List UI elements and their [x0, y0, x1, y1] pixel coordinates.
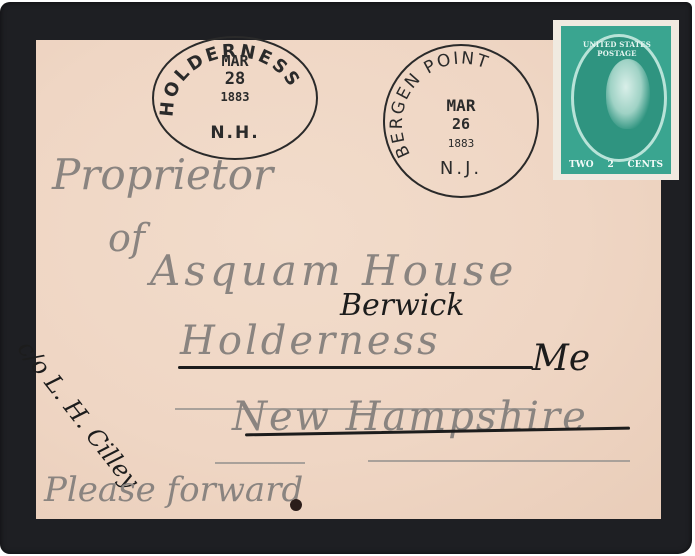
holderness-postmark: HOLDERNESS MAR 28 1883 N.H.: [152, 36, 318, 160]
stamp-denomination: 2: [607, 160, 613, 170]
address-guide-line: [368, 460, 630, 462]
postmark-state: N.J.: [385, 158, 537, 179]
bergen-point-postmark: BERGEN POINT MAR 26 1883 N.J.: [383, 44, 539, 198]
postmark-day: 28: [154, 69, 316, 89]
address-guide-line: [215, 462, 305, 464]
washington-portrait-icon: [606, 59, 650, 129]
postmark-state: N.H.: [154, 123, 316, 143]
struck-town: Holderness: [180, 318, 441, 364]
postmark-year: 1883: [154, 90, 316, 104]
address-line-proprietor: Proprietor: [52, 150, 273, 199]
postage-stamp: UNITED STATES POSTAGE TWO 2 CENTS: [553, 20, 679, 180]
address-line-of: of: [108, 216, 145, 260]
postmark-year: 1883: [385, 137, 537, 150]
town-strikethrough: [178, 366, 533, 369]
stamp-design: UNITED STATES POSTAGE TWO 2 CENTS: [561, 26, 671, 174]
forward-state: Me: [532, 338, 590, 379]
forward-instruction: Please forward: [44, 470, 303, 510]
stamp-top-text: UNITED STATES POSTAGE: [579, 40, 655, 58]
stamp-cents-label: CENTS: [628, 160, 663, 170]
postmark-day: 26: [385, 115, 537, 133]
paper-hole: [290, 499, 302, 511]
stamp-value-row: TWO 2 CENTS: [563, 160, 669, 170]
postmark-month: MAR: [154, 52, 316, 70]
postmark-month: MAR: [385, 96, 537, 115]
stamp-two-label: TWO: [569, 160, 594, 170]
